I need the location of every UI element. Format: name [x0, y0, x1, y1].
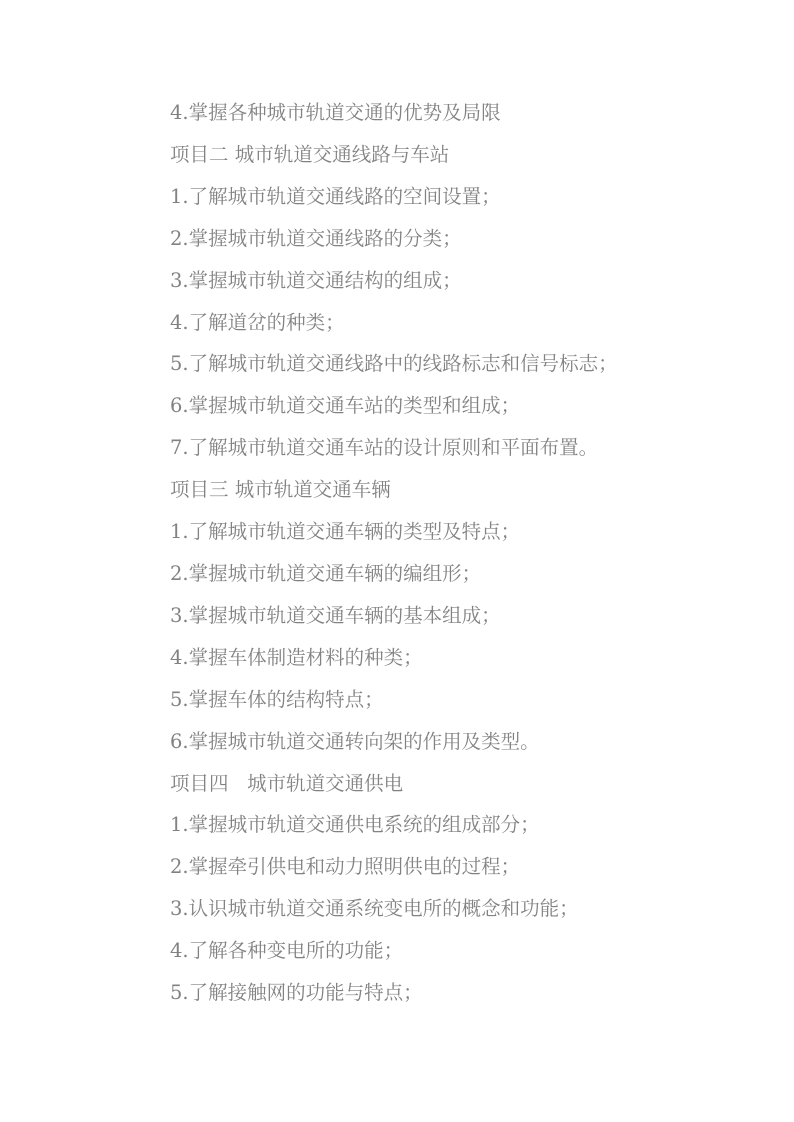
- objective-item: 1.了解城市轨道交通线路的空间设置；: [170, 176, 704, 218]
- objective-item: 6.掌握城市轨道交通车站的类型和组成；: [170, 385, 704, 427]
- section-heading: 项目二 城市轨道交通线路与车站: [170, 134, 704, 176]
- objective-item: 2.掌握牵引供电和动力照明供电的过程；: [170, 846, 704, 888]
- objective-item: 3.掌握城市轨道交通结构的组成；: [170, 260, 704, 302]
- objective-item: 7.了解城市轨道交通车站的设计原则和平面布置。: [170, 427, 704, 469]
- objective-item: 5.了解接触网的功能与特点；: [170, 972, 704, 1014]
- objective-item: 4.掌握各种城市轨道交通的优势及局限: [170, 92, 704, 134]
- objective-item: 4.了解道岔的种类；: [170, 302, 704, 344]
- section-heading: 项目四 城市轨道交通供电: [170, 763, 704, 805]
- objective-item: 4.了解各种变电所的功能；: [170, 930, 704, 972]
- document-page: 4.掌握各种城市轨道交通的优势及局限 项目二 城市轨道交通线路与车站 1.了解城…: [0, 0, 794, 1122]
- objective-item: 5.掌握车体的结构特点；: [170, 679, 704, 721]
- objective-item: 1.了解城市轨道交通车辆的类型及特点；: [170, 511, 704, 553]
- objective-item: 1.掌握城市轨道交通供电系统的组成部分；: [170, 804, 704, 846]
- objective-item: 6.掌握城市轨道交通转向架的作用及类型。: [170, 721, 704, 763]
- objective-item: 2.掌握城市轨道交通车辆的编组形；: [170, 553, 704, 595]
- document-body: 4.掌握各种城市轨道交通的优势及局限 项目二 城市轨道交通线路与车站 1.了解城…: [0, 0, 794, 1014]
- objective-item: 5.了解城市轨道交通线路中的线路标志和信号标志；: [170, 343, 704, 385]
- section-heading: 项目三 城市轨道交通车辆: [170, 469, 704, 511]
- objective-item: 2.掌握城市轨道交通线路的分类；: [170, 218, 704, 260]
- objective-item: 3.认识城市轨道交通系统变电所的概念和功能；: [170, 888, 704, 930]
- objective-item: 4.掌握车体制造材料的种类；: [170, 637, 704, 679]
- objective-item: 3.掌握城市轨道交通车辆的基本组成；: [170, 595, 704, 637]
